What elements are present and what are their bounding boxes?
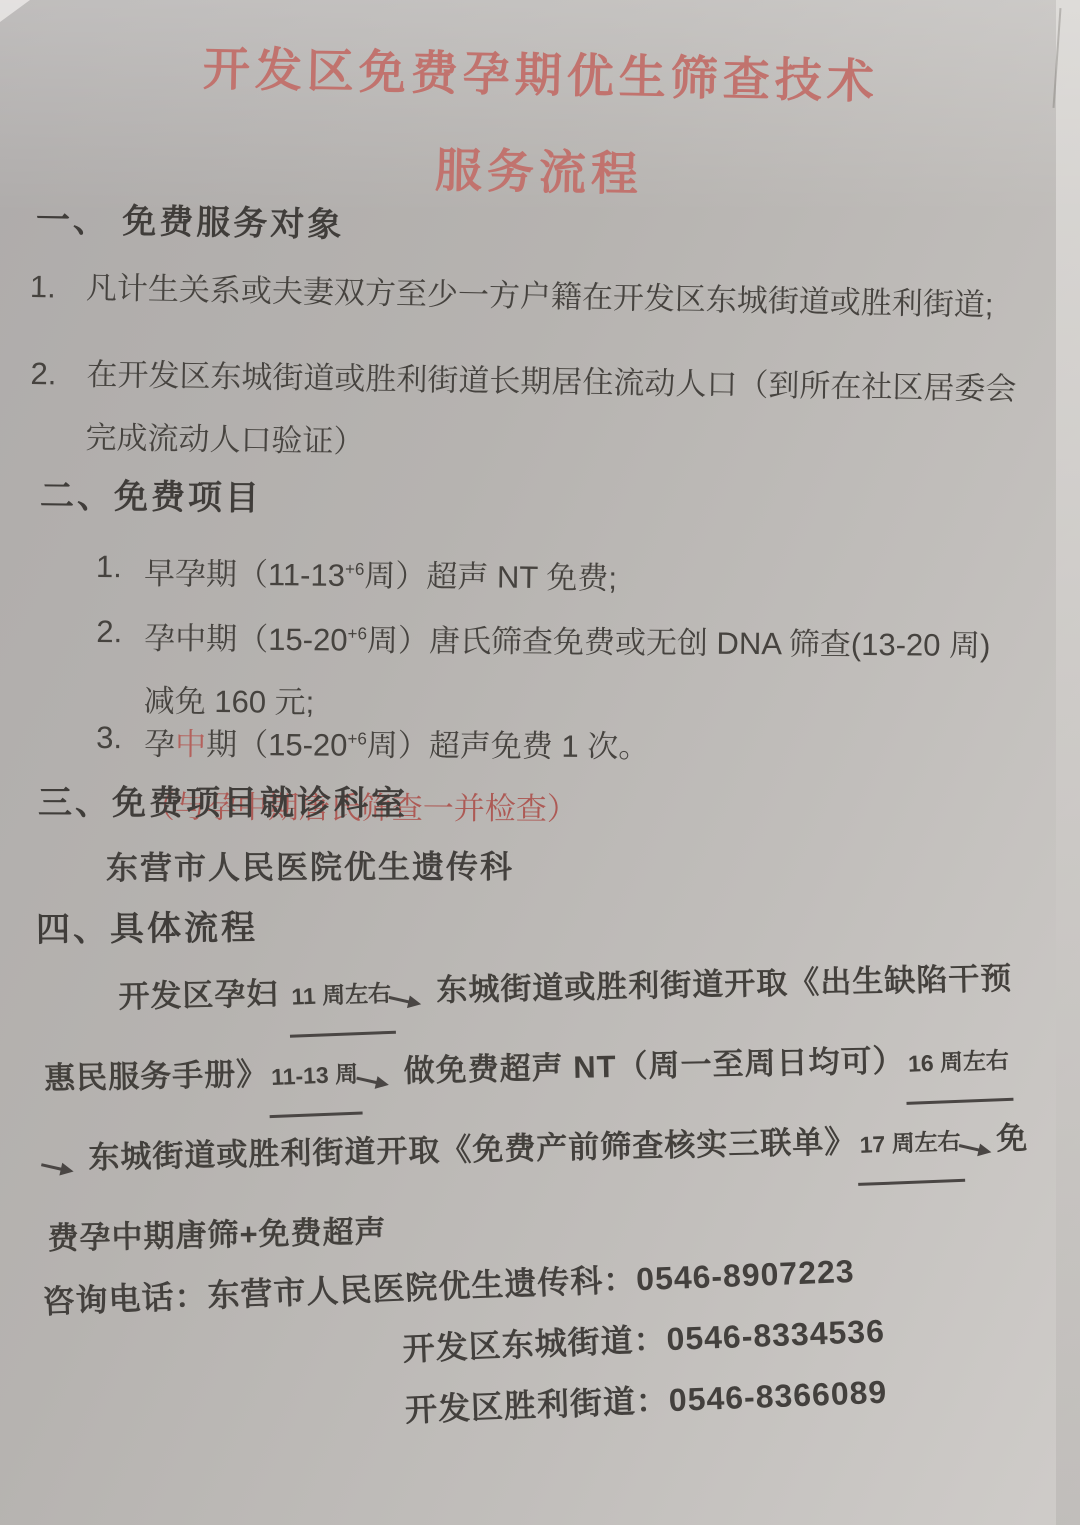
phone-number: 0546-8334536 [666,1313,886,1357]
flow-text-part: 做免费超声 NT（周一至周日均可） [394,1043,905,1089]
list-item-number: 2. [29,342,87,469]
department-name: 东营市人民医院优生遗传科 [106,842,514,889]
superscript-weeks: +6 [348,624,368,643]
contact-block: 咨询电话：东营市人民医院优生遗传科：0546-8907223 开发区东城街道：0… [41,1234,1047,1455]
section1-item2: 2. 在开发区东城街道或胜利街道长期居住流动人口（到所在社区居委会完成流动人口验… [29,342,1031,484]
section1-item1: 1. 凡计生关系或夫妻双方至少一方户籍在开发区东城街道或胜利街道; [29,255,1050,338]
contact-name: 开发区东城街道： [402,1321,667,1367]
list-item-text: 在开发区东城街道或胜利街道长期居住流动人口（到所在社区居委会完成流动人口验证） [85,343,1031,484]
phone-number: 0546-8907223 [636,1253,856,1297]
red-character: 中 [175,727,206,762]
section2-heading: 二、免费项目 [40,468,263,520]
item-text-part: 孕中期（15-20 [144,621,348,658]
section4-heading: 四、具体流程 [36,900,258,951]
process-flow-paragraph: 开发区孕妇 11 周左右 东城街道或胜利街道开取《出生缺陷干预惠民服务手册》11… [42,941,1040,1275]
list-item-text: 凡计生关系或夫妻双方至少一方户籍在开发区东城街道或胜利街道; [85,256,1050,337]
section1-heading: 一、 免费服务对象 [36,192,345,246]
item-text-part: 孕 [144,727,175,762]
list-item-number: 1. [96,535,145,605]
superscript-weeks: +6 [347,729,366,748]
flow-week-note: 16 周左右 [903,1024,1013,1105]
item-text-part: 早孕期（11-13 [144,556,345,593]
superscript-weeks: +6 [345,560,365,579]
item-text-part: 周）超声 NT 免费; [364,558,617,596]
phone-number: 0546-8366089 [668,1374,888,1418]
flow-week-note: 11-13 周 [267,1038,363,1119]
flow-arrow-icon [39,1155,74,1180]
flow-text-part: 开发区孕妇 [118,976,288,1015]
contact-label: 咨询电话： [42,1278,208,1320]
photographed-notice-page: 开发区免费孕期优生筛查技术 服务流程 一、 免费服务对象 1. 凡计生关系或夫妻… [0,0,1080,1525]
item-text-part: 期（15-20 [206,727,347,763]
item-text-part: 周）超声免费 1 次。 [367,728,650,764]
section3-heading: 三、免费项目就诊科室 [38,775,408,825]
contact-name: 东营市人民医院优生遗传科： [207,1261,637,1313]
list-item-number: 1. [29,255,86,319]
flow-week-note: 11 周左右 [287,957,396,1038]
flow-text-part: 东城街道或胜利街道开取《免费产前筛查核实三联单》 [78,1124,856,1175]
contact-name: 开发区胜利街道： [404,1382,669,1428]
flow-week-note: 17 周左右 [855,1105,965,1186]
